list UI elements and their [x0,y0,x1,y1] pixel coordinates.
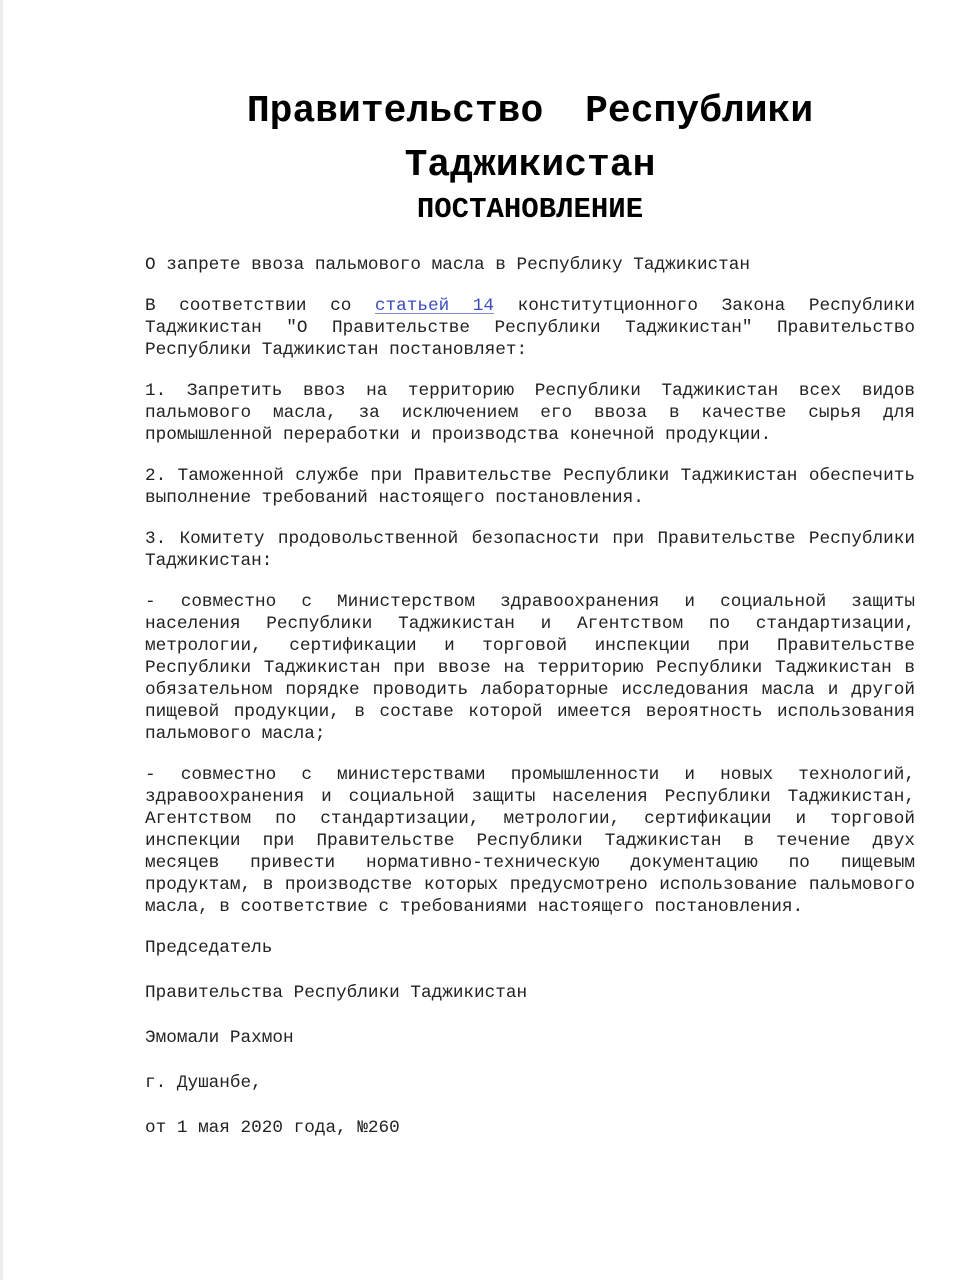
intro-text-before-link: В соответствии со [145,296,375,316]
paragraph-subitem-dash-2: - совместно с министерствами промышленно… [145,764,915,918]
signature-date-number: от 1 мая 2020 года, №260 [145,1117,915,1139]
paragraph-subitem-dash-1: - совместно с Министерством здравоохране… [145,591,915,745]
document-org-title: Правительство Республики Таджикистан [145,85,915,193]
signature-name: Эмомали Рахмон [145,1027,915,1049]
paragraph-item-2: 2. Таможенной службе при Правительстве Р… [145,465,915,509]
signature-position: Председатель [145,937,915,959]
page-left-edge [0,0,3,1280]
intro-paragraph: В соответствии со статьей 14 конститутци… [145,295,915,361]
signature-block: Председатель Правительства Республики Та… [145,937,915,1139]
paragraph-item-1: 1. Запретить ввоз на территорию Республи… [145,380,915,446]
subject-line: О запрете ввоза пальмового масла в Респу… [145,254,915,276]
document-type-heading: ПОСТАНОВЛЕНИЕ [145,193,915,227]
paragraph-item-3: 3. Комитету продовольственной безопаснос… [145,528,915,572]
signature-org: Правительства Республики Таджикистан [145,982,915,1004]
signature-city: г. Душанбе, [145,1072,915,1094]
article-14-link[interactable]: статьей 14 [375,296,494,316]
document-page: Правительство Республики Таджикистан ПОС… [0,0,959,1280]
